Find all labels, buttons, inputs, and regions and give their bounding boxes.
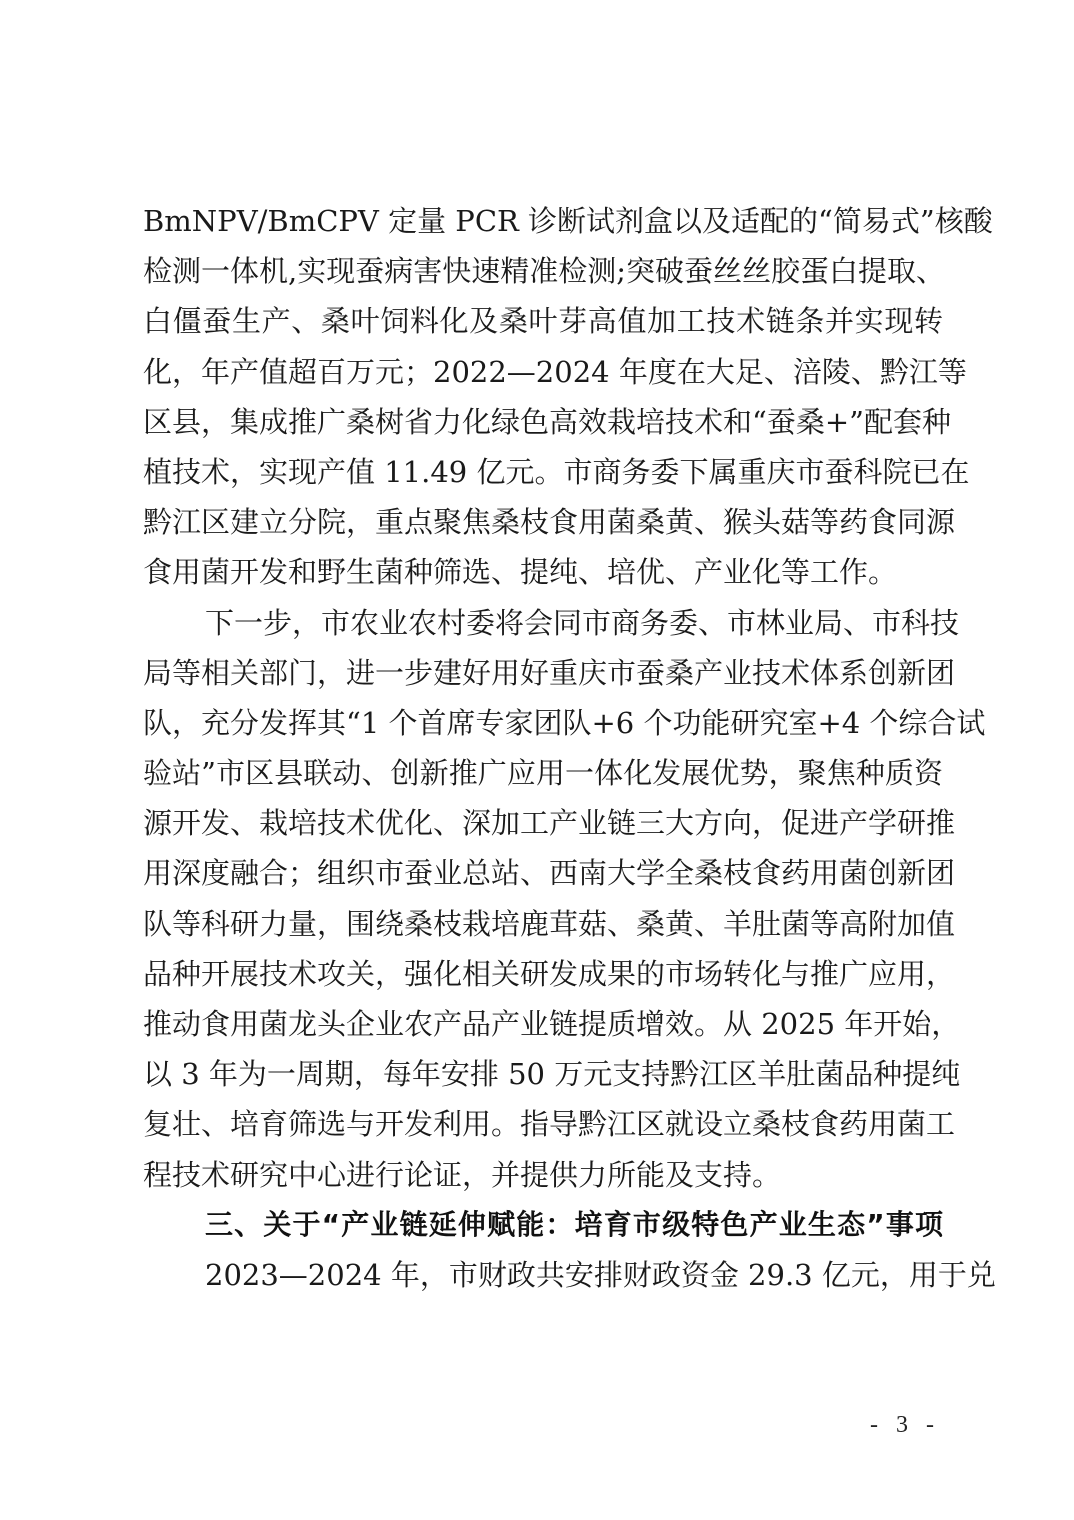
paragraph-line: 植技术，实现产值 11.49 亿元。市商务委下属重庆市蚕科院已在 (143, 447, 943, 497)
paragraph-line: 食用菌开发和野生菌种筛选、提纯、培优、产业化等工作。 (143, 547, 943, 597)
paragraph-line: 推动食用菌龙头企业农产品产业链提质增效。从 2025 年开始， (143, 999, 943, 1049)
paragraph-line-indented: 下一步，市农业农村委将会同市商务委、市林业局、市科技 (143, 598, 943, 648)
paragraph-line: 队等科研力量，围绕桑枝栽培鹿茸菇、桑黄、羊肚菌等高附加值 (143, 899, 943, 949)
paragraph-line: BmNPV/BmCPV 定量 PCR 诊断试剂盒以及适配的“简易式”核酸 (143, 196, 943, 246)
paragraph-line: 复壮、培育筛选与开发利用。指导黔江区就设立桑枝食药用菌工 (143, 1099, 943, 1149)
paragraph-line: 区县，集成推广桑树省力化绿色高效栽培技术和“蚕桑+”配套种 (143, 397, 943, 447)
paragraph-line: 化，年产值超百万元；2022—2024 年度在大足、涪陵、黔江等 (143, 347, 943, 397)
paragraph-line: 品种开展技术攻关，强化相关研发成果的市场转化与推广应用， (143, 949, 943, 999)
section-heading: 三、关于“产业链延伸赋能：培育市级特色产业生态”事项 (143, 1200, 943, 1250)
paragraph-line: 检测一体机,实现蚕病害快速精准检测;突破蚕丝丝胶蛋白提取、 (143, 246, 943, 296)
paragraph-line: 以 3 年为一周期，每年安排 50 万元支持黔江区羊肚菌品种提纯 (143, 1049, 943, 1099)
paragraph-line: 黔江区建立分院，重点聚焦桑枝食用菌桑黄、猴头菇等药食同源 (143, 497, 943, 547)
paragraph-line: 局等相关部门，进一步建好用好重庆市蚕桑产业技术体系创新团 (143, 648, 943, 698)
paragraph-line: 程技术研究中心进行论证，并提供力所能及支持。 (143, 1150, 943, 1200)
document-page: BmNPV/BmCPV 定量 PCR 诊断试剂盒以及适配的“简易式”核酸 检测一… (0, 0, 1074, 1520)
paragraph-line: 验站”市区县联动、创新推广应用一体化发展优势，聚焦种质资 (143, 748, 943, 798)
paragraph-line: 用深度融合；组织市蚕业总站、西南大学全桑枝食药用菌创新团 (143, 848, 943, 898)
paragraph-line: 队，充分发挥其“1 个首席专家团队+6 个功能研究室+4 个综合试 (143, 698, 943, 748)
page-number: - 3 - (870, 1412, 940, 1439)
paragraph-line: 源开发、栽培技术优化、深加工产业链三大方向，促进产学研推 (143, 798, 943, 848)
paragraph-line: 白僵蚕生产、桑叶饲料化及桑叶芽高值加工技术链条并实现转 (143, 296, 943, 346)
paragraph-line-indented: 2023—2024 年，市财政共安排财政资金 29.3 亿元，用于兑 (143, 1250, 943, 1300)
document-body: BmNPV/BmCPV 定量 PCR 诊断试剂盒以及适配的“简易式”核酸 检测一… (143, 196, 943, 1300)
